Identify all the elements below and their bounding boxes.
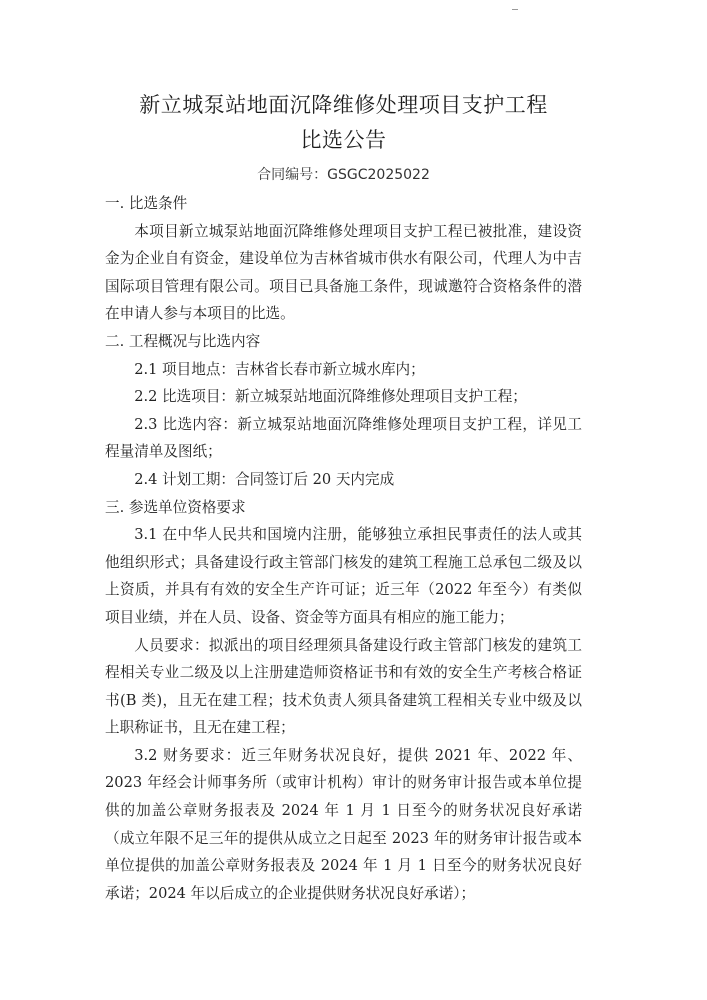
section-heading-overview: 二. 工程概况与比选内容 xyxy=(105,328,582,356)
paragraph-personnel-requirements: 人员要求：拟派出的项目经理须具备建设行政主管部门核发的建筑工程相关专业二级及以上… xyxy=(105,632,582,742)
document-title-line-1: 新立城泵站地面沉降维修处理项目支护工程 xyxy=(105,89,582,119)
paragraph-schedule: 2.4 计划工期：合同签订后 20 天内完成 xyxy=(105,466,582,494)
paragraph-project: 2.2 比选项目：新立城泵站地面沉降维修处理项目支护工程； xyxy=(105,383,582,411)
contract-number: 合同编号：GSGC2025022 xyxy=(105,164,582,184)
paragraph-content: 2.3 比选内容：新立城泵站地面沉降维修处理项目支护工程，详见工程量清单及图纸； xyxy=(105,411,582,466)
document-title-line-2: 比选公告 xyxy=(105,124,582,154)
section-heading-qualifications: 三. 参选单位资格要求 xyxy=(105,494,582,522)
paragraph-financial-requirements: 3.2 财务要求：近三年财务状况良好，提供 2021 年、2022 年、2023… xyxy=(105,742,582,908)
scan-artifact-mark xyxy=(512,9,518,10)
paragraph-conditions: 本项目新立城泵站地面沉降维修处理项目支护工程已被批准，建设资金为企业自有资金，建… xyxy=(105,218,582,328)
paragraph-location: 2.1 项目地点：吉林省长春市新立城水库内； xyxy=(105,356,582,384)
document-body: 一. 比选条件 本项目新立城泵站地面沉降维修处理项目支护工程已被批准，建设资金为… xyxy=(105,190,582,907)
section-heading-conditions: 一. 比选条件 xyxy=(105,190,582,218)
paragraph-qualification-3-1: 3.1 在中华人民共和国境内注册，能够独立承担民事责任的法人或其他组织形式；具备… xyxy=(105,521,582,631)
